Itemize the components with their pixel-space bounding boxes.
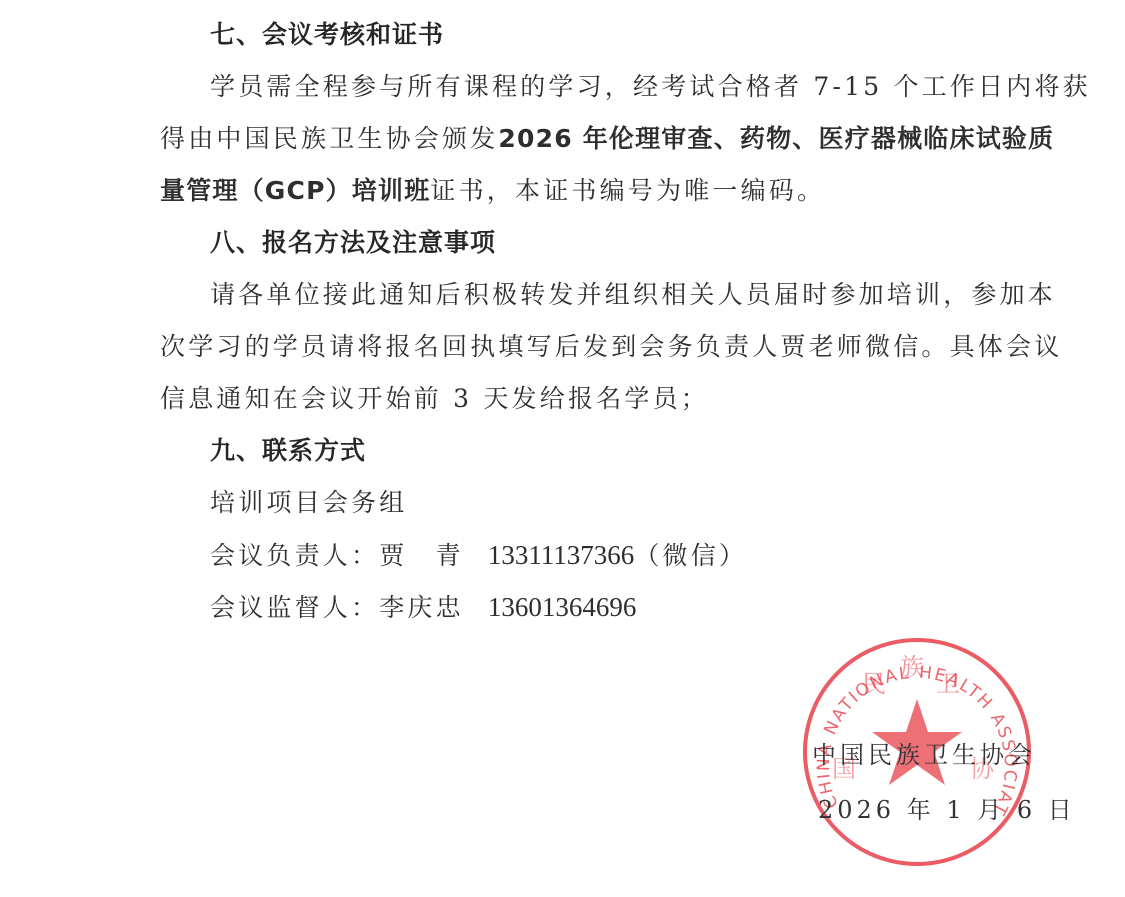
svg-text:族: 族	[900, 653, 924, 681]
contact-lead-name: 贾 青	[379, 541, 464, 570]
section-8-line-3: 信息通知在会议开始前 3 天发给报名学员；	[160, 382, 709, 416]
section-7-line-2-prefix: 得由中国民族卫生协会颁发	[160, 124, 498, 153]
training-title-part-2: 量管理（GCP）培训班	[160, 176, 430, 205]
contact-lead-note: （微信）	[634, 541, 747, 570]
contact-supervisor-label: 会议监督人：	[210, 593, 379, 622]
section-8-line-2: 次学习的学员请将报名回执填写后发到会务负责人贾老师微信。具体会议	[160, 330, 1062, 364]
contact-supervisor-phone: 13601364696	[488, 592, 637, 622]
svg-text:民: 民	[862, 670, 886, 698]
section-7-line-1: 学员需全程参与所有课程的学习，经考试合格者 7-15 个工作日内将获	[210, 70, 1091, 104]
svg-text:卫: 卫	[936, 670, 960, 698]
section-7-line-3: 量管理（GCP）培训班证书，本证书编号为唯一编码。	[160, 174, 825, 208]
contact-lead: 会议负责人：贾 青13311137366（微信）	[210, 538, 747, 573]
section-heading-7: 七、会议考核和证书	[210, 18, 444, 52]
contact-supervisor: 会议监督人：李庆忠13601364696	[210, 590, 636, 625]
contact-lead-phone: 13311137366	[488, 540, 635, 570]
contact-supervisor-name: 李庆忠	[379, 593, 464, 622]
training-title-part-1: 2026 年伦理审查、药物、医疗器械临床试验质	[498, 124, 1054, 153]
section-8-line-1: 请各单位接此通知后积极转发并组织相关人员届时参加培训，参加本	[210, 278, 1056, 312]
section-7-line-2: 得由中国民族卫生协会颁发2026 年伦理审查、药物、医疗器械临床试验质	[160, 122, 1054, 156]
section-7-line-3-suffix: 证书，本证书编号为唯一编码。	[430, 176, 825, 205]
contact-lead-label: 会议负责人：	[210, 541, 379, 570]
contact-group: 培训项目会务组	[210, 486, 407, 520]
signature-date: 2026 年 1 月 6 日	[818, 790, 1076, 825]
signature-organization: 中国民族卫生协会	[812, 735, 1036, 770]
section-heading-8: 八、报名方法及注意事项	[210, 226, 496, 260]
section-heading-9: 九、联系方式	[210, 434, 366, 468]
